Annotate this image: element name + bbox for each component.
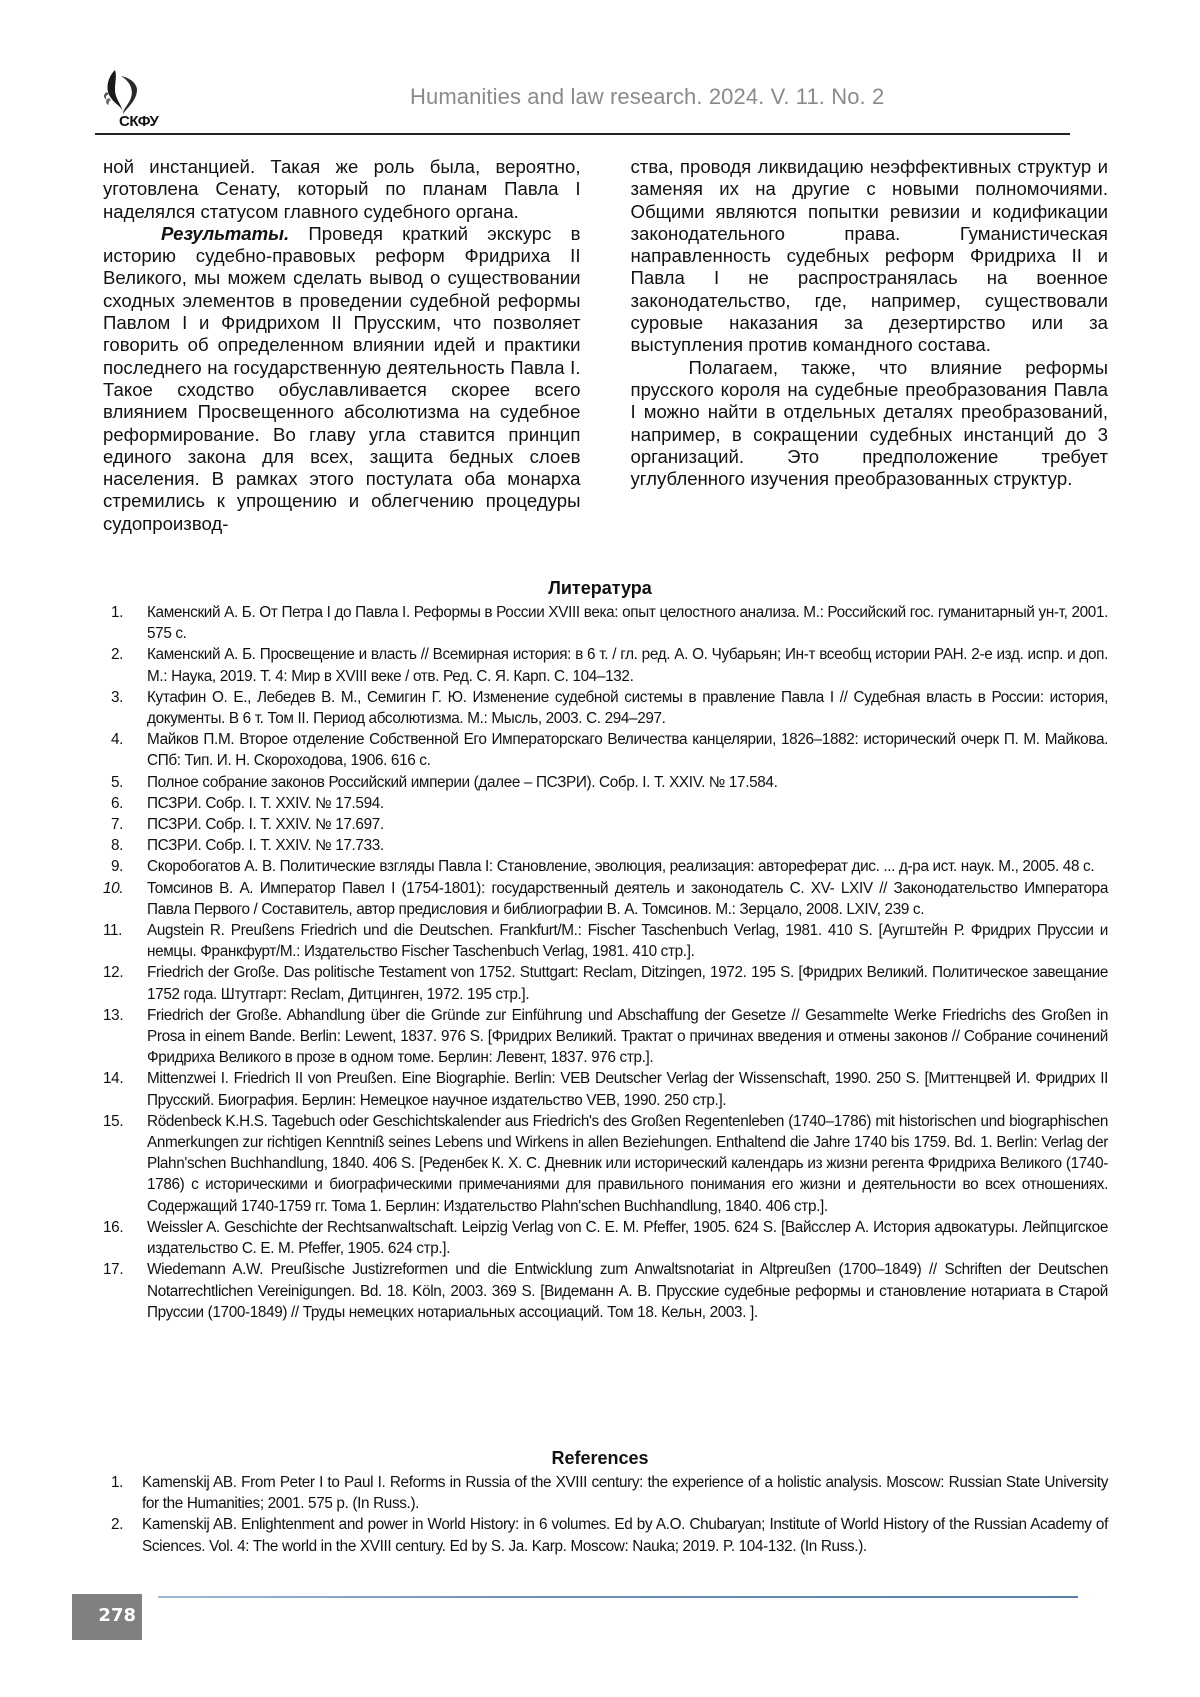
reference-item: 11.Augstein R. Preußens Friedrich und di…: [103, 920, 1108, 962]
reference-number: 3.: [111, 687, 123, 708]
phoenix-wing-icon: [101, 68, 161, 118]
references-list: 1.Kamenskij AB. From Peter I to Paul I. …: [103, 1472, 1108, 1557]
reference-item: 14.Mittenzwei I. Friedrich II von Preuße…: [103, 1068, 1108, 1110]
reference-item: 16.Weissler A. Geschichte der Rechtsanwa…: [103, 1217, 1108, 1259]
reference-text: ПСЗРИ. Собр. I. Т. XXIV. № 17.697.: [147, 816, 384, 833]
references-heading: References: [0, 1448, 1200, 1469]
reference-text: Каменский А. Б. От Петра I до Павла I. Р…: [147, 604, 1108, 642]
reference-text: Kamenskij AB. From Peter I to Paul I. Re…: [142, 1474, 1108, 1512]
reference-number: 4.: [111, 729, 123, 750]
reference-item: 13.Friedrich der Große. Abhandlung über …: [103, 1005, 1108, 1069]
reference-number: 5.: [111, 772, 123, 793]
reference-item: 2.Каменский А. Б. Просвещение и власть /…: [103, 644, 1108, 686]
reference-number: 6.: [111, 793, 123, 814]
reference-number: 16.: [103, 1217, 123, 1238]
left-column: ной инстанцией. Такая же роль была, веро…: [103, 156, 581, 535]
reference-item: 3.Кутафин О. Е., Лебедев В. М., Семигин …: [103, 687, 1108, 729]
paragraph: Полагаем, также, что влияние реформы пру…: [631, 357, 1109, 491]
reference-item: 17.Wiedemann A.W. Preußische Justizrefor…: [103, 1259, 1108, 1323]
reference-text: Rödenbeck K.H.S. Tagebuch oder Geschicht…: [147, 1113, 1108, 1215]
reference-text: Mittenzwei I. Friedrich II von Preußen. …: [147, 1070, 1108, 1108]
reference-item: 4.Майков П.М. Второе отделение Собственн…: [103, 729, 1108, 771]
reference-text: Augstein R. Preußens Friedrich und die D…: [147, 922, 1108, 960]
journal-title: Humanities and law research. 2024. V. 11…: [410, 84, 884, 110]
reference-text: ПСЗРИ. Собр. I. Т. XXIV. № 17.733.: [147, 837, 384, 854]
reference-text: ПСЗРИ. Собр. I. Т. XXIV. № 17.594.: [147, 795, 384, 812]
logo-text: СКФУ: [119, 113, 158, 130]
paragraph-results: Результаты. Проведя краткий экскурс в ис…: [103, 223, 581, 535]
body-columns: ной инстанцией. Такая же роль была, веро…: [103, 156, 1108, 535]
reference-item: 12.Friedrich der Große. Das politische T…: [103, 962, 1108, 1004]
reference-number: 1.: [111, 602, 123, 623]
reference-number: 14.: [103, 1068, 123, 1089]
paragraph: ства, проводя ликвидацию неэффективных с…: [631, 156, 1109, 357]
reference-number: 13.: [103, 1005, 123, 1026]
paragraph: ной инстанцией. Такая же роль была, веро…: [103, 156, 581, 223]
reference-text: Кутафин О. Е., Лебедев В. М., Семигин Г.…: [147, 689, 1108, 727]
reference-item: 1.Kamenskij AB. From Peter I to Paul I. …: [103, 1472, 1108, 1514]
reference-item: 15.Rödenbeck K.H.S. Tagebuch oder Geschi…: [103, 1111, 1108, 1217]
reference-text: Friedrich der Große. Das politische Test…: [147, 964, 1108, 1002]
reference-text: Kamenskij AB. Enlightenment and power in…: [142, 1516, 1108, 1554]
right-column: ства, проводя ликвидацию неэффективных с…: [631, 156, 1109, 535]
reference-item: 2.Kamenskij AB. Enlightenment and power …: [103, 1514, 1108, 1556]
reference-text: Каменский А. Б. Просвещение и власть // …: [147, 646, 1108, 684]
reference-item: 6.ПСЗРИ. Собр. I. Т. XXIV. № 17.594.: [103, 793, 1108, 814]
reference-text: Скоробогатов А. В. Политические взгляды …: [147, 858, 1094, 875]
header-divider: [95, 133, 1070, 135]
literature-list: 1.Каменский А. Б. От Петра I до Павла I.…: [103, 602, 1108, 1323]
reference-number: 1.: [111, 1472, 123, 1493]
reference-item: 5.Полное собрание законов Российский имп…: [103, 772, 1108, 793]
reference-number: 8.: [111, 835, 123, 856]
reference-item: 9.Скоробогатов А. В. Политические взгляд…: [103, 856, 1108, 877]
reference-text: Weissler A. Geschichte der Rechtsanwalts…: [147, 1219, 1108, 1257]
reference-number: 2.: [111, 644, 123, 665]
reference-number: 17.: [103, 1259, 123, 1280]
reference-text: Полное собрание законов Российский импер…: [147, 774, 777, 791]
reference-number: 7.: [111, 814, 123, 835]
reference-number: 12.: [103, 962, 123, 983]
reference-text: Wiedemann A.W. Preußische Justizreformen…: [147, 1261, 1108, 1320]
paragraph-text: Проведя краткий экскурс в историю судебн…: [103, 223, 581, 534]
reference-number: 2.: [111, 1514, 123, 1535]
reference-number: 15.: [103, 1111, 123, 1132]
reference-text: Майков П.М. Второе отделение Собственной…: [147, 731, 1108, 769]
reference-number: 10.: [103, 878, 123, 899]
reference-item: 7.ПСЗРИ. Собр. I. Т. XXIV. № 17.697.: [103, 814, 1108, 835]
reference-item: 8.ПСЗРИ. Собр. I. Т. XXIV. № 17.733.: [103, 835, 1108, 856]
reference-number: 9.: [111, 856, 123, 877]
results-heading: Результаты.: [161, 223, 289, 244]
reference-number: 11.: [103, 920, 122, 941]
reference-text: Томсинов В. А. Император Павел I (1754-1…: [147, 880, 1108, 918]
literature-heading: Литература: [0, 578, 1200, 599]
page-header: СКФУ Humanities and law research. 2024. …: [95, 62, 1070, 134]
reference-item: 1.Каменский А. Б. От Петра I до Павла I.…: [103, 602, 1108, 644]
reference-item: 10.Томсинов В. А. Император Павел I (175…: [103, 878, 1108, 920]
footer-divider: [158, 1596, 1078, 1598]
reference-text: Friedrich der Große. Abhandlung über die…: [147, 1007, 1108, 1066]
university-logo: СКФУ: [101, 68, 181, 132]
page-number: 278: [72, 1594, 142, 1640]
